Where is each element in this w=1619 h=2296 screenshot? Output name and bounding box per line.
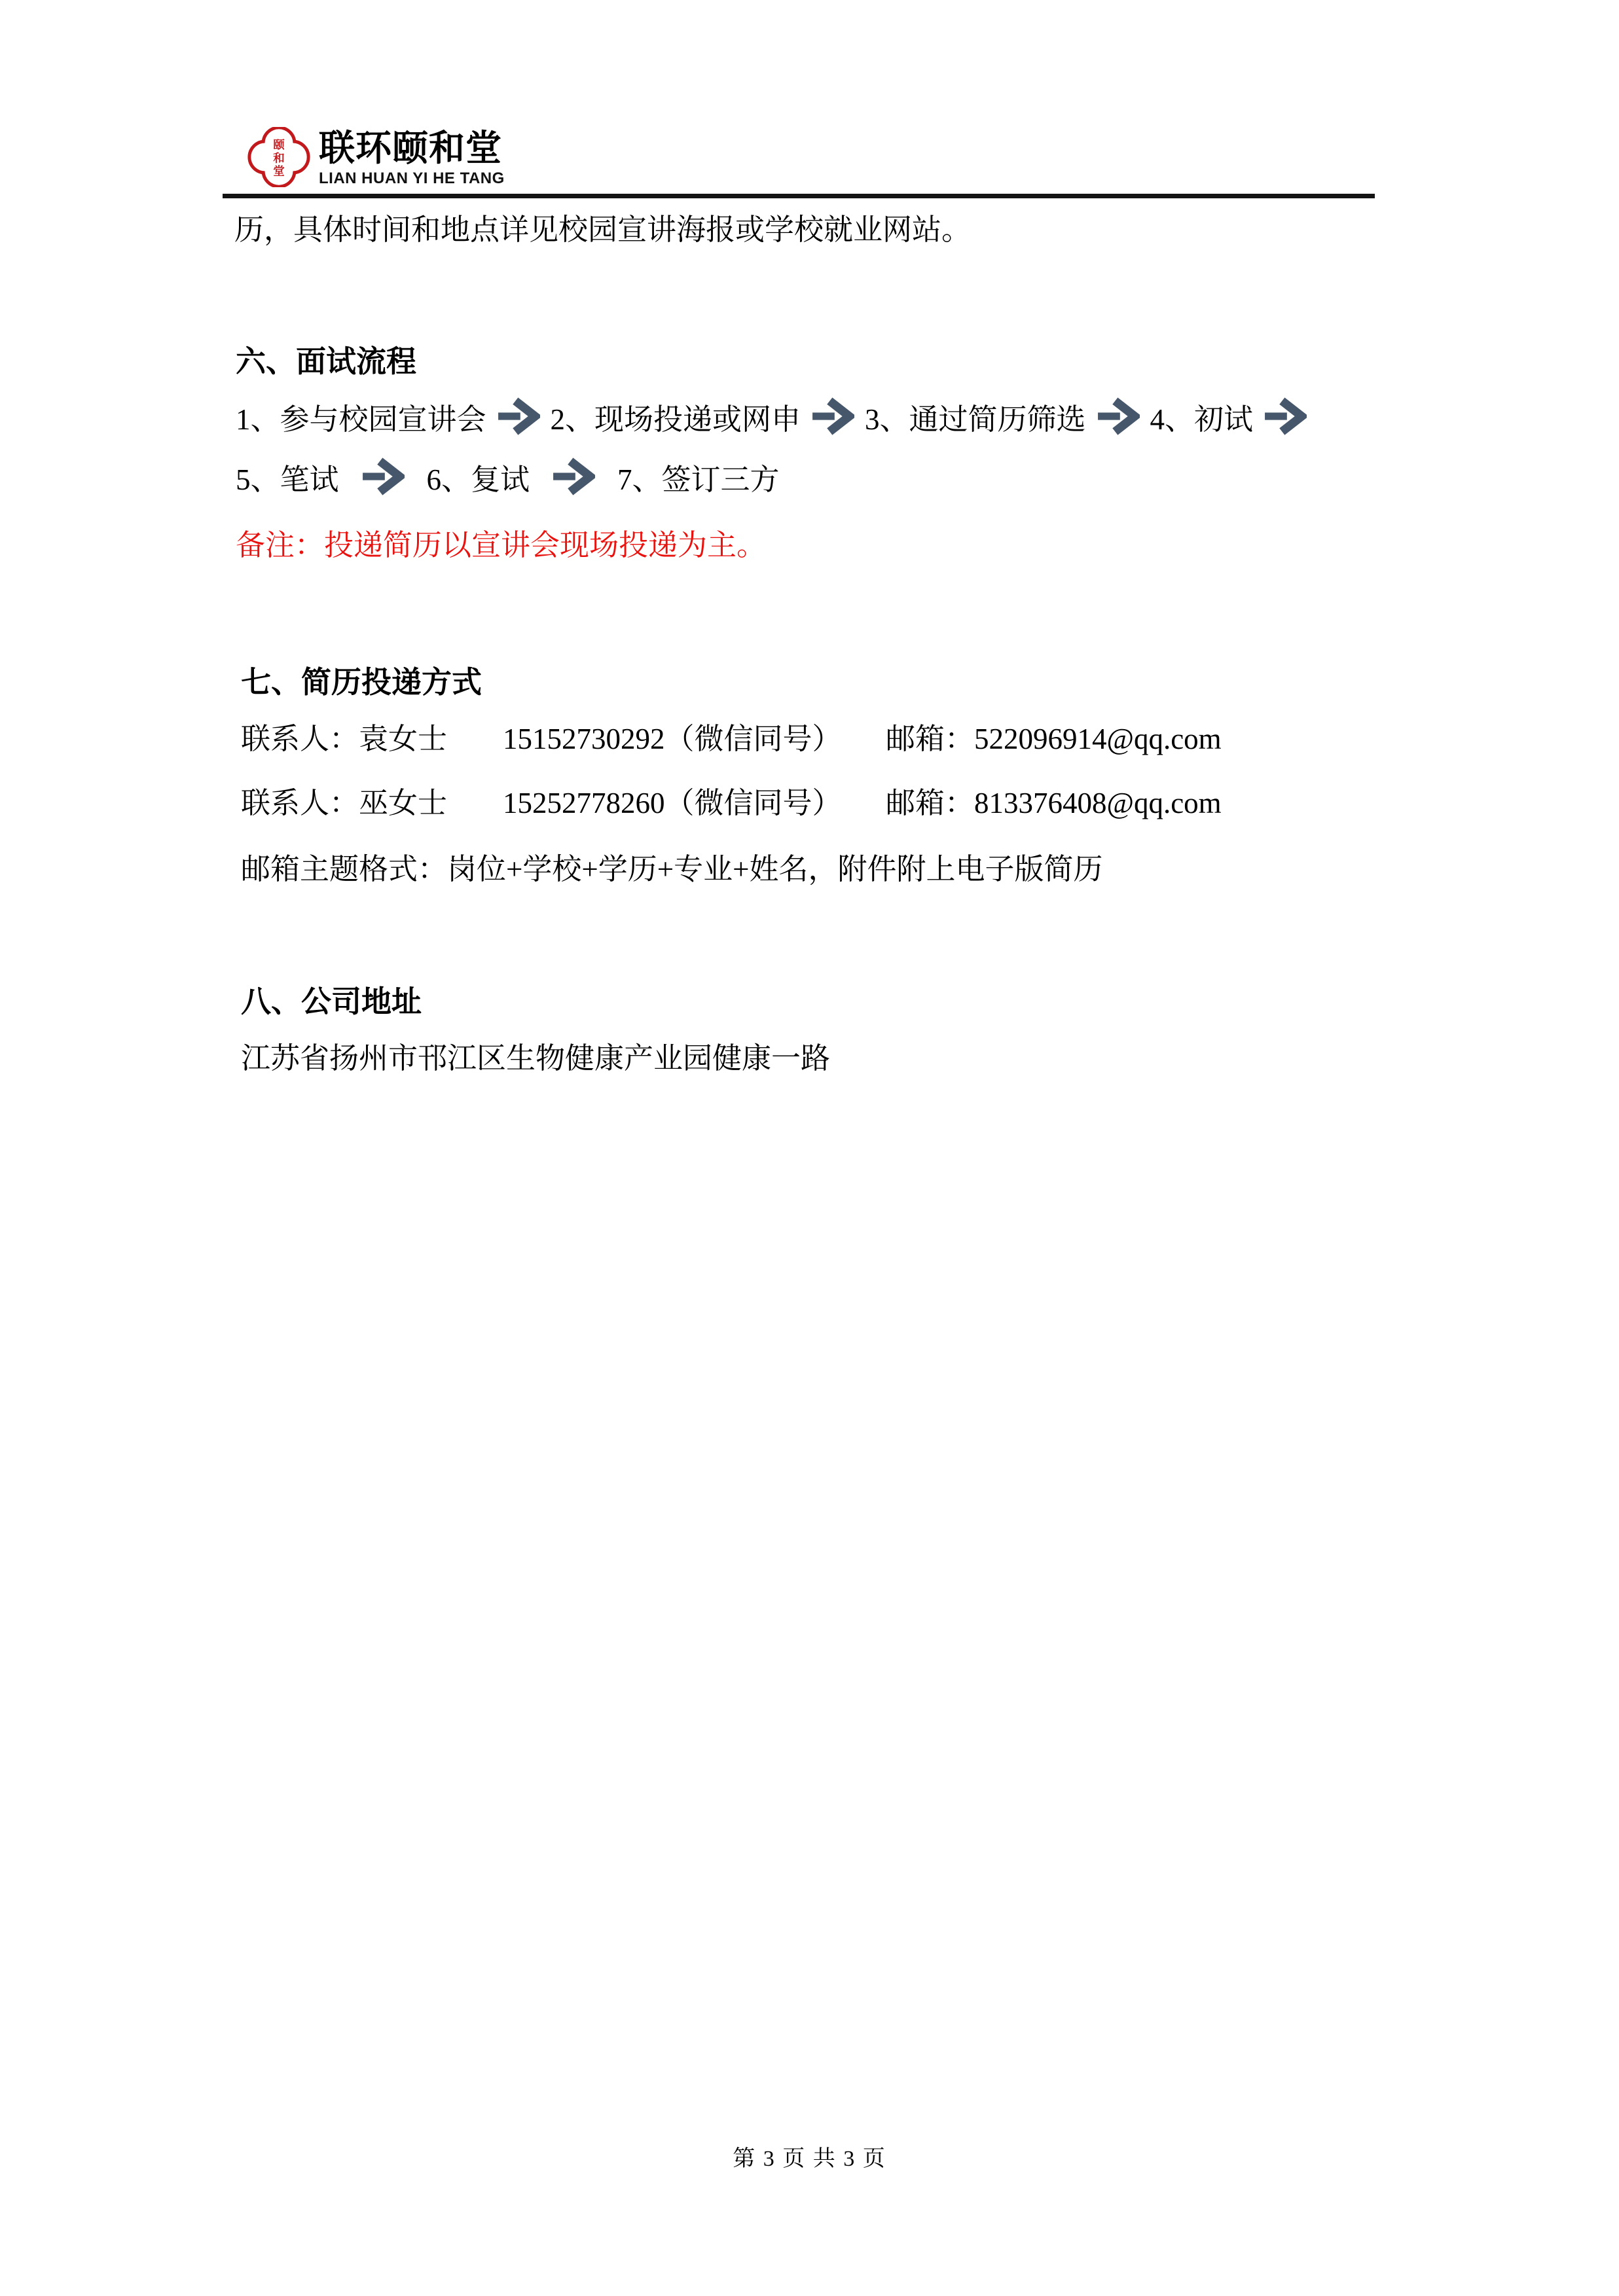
section7-heading: 七、简历投递方式 — [241, 658, 482, 702]
company-seal-logo-icon: 颐 和 堂 — [247, 127, 310, 187]
flow-step-2: 2、现场投递或网申 — [551, 403, 801, 437]
header-divider — [223, 194, 1375, 198]
contact-row-1: 联系人：袁女士 15152730292（微信同号） 邮箱：522096914@q… — [241, 723, 1222, 757]
resume-note-text: 备注：投递简历以宣讲会现场投递为主。 — [236, 529, 766, 563]
flow-step-5: 5、笔试 — [236, 463, 339, 497]
brand-block: 联环颐和堂 LIAN HUAN YI HE TANG — [319, 130, 505, 188]
intro-continuation-text: 历，具体时间和地点详见校园宣讲海报或学校就业网站。 — [234, 213, 971, 247]
contact-phone: 15252778260（微信同号） — [503, 787, 886, 821]
flow-arrow-icon — [361, 457, 405, 504]
flow-arrow-icon — [1097, 397, 1140, 444]
email-subject-format-text: 邮箱主题格式：岗位+学校+学历+专业+姓名，附件附上电子版简历 — [241, 853, 1103, 887]
flow-arrow-icon — [811, 397, 854, 444]
section6-heading: 六、面试流程 — [236, 338, 416, 381]
contact-email: 邮箱：522096914@qq.com — [886, 723, 1222, 757]
brand-name-latin: LIAN HUAN YI HE TANG — [319, 170, 505, 188]
contact-name: 联系人：袁女士 — [241, 723, 503, 757]
flow-step-7: 7、签订三方 — [617, 463, 780, 497]
flow-step-1: 1、参与校园宣讲会 — [236, 403, 486, 437]
company-address-text: 江苏省扬州市邗江区生物健康产业园健康一路 — [241, 1042, 830, 1076]
contact-phone: 15152730292（微信同号） — [503, 723, 886, 757]
contact-email: 邮箱：813376408@qq.com — [886, 787, 1222, 821]
flow-step-4: 4、初试 — [1150, 403, 1254, 437]
flow-arrow-icon — [497, 397, 540, 444]
page-number-footer: 第 3 页 共 3 页 — [0, 2140, 1619, 2172]
document-page: 颐 和 堂 联环颐和堂 LIAN HUAN YI HE TANG 历，具体时间和… — [0, 0, 1619, 2296]
flow-step-3: 3、通过简历筛选 — [865, 403, 1086, 437]
flow-arrow-icon — [1264, 397, 1307, 444]
flow-step-6: 6、复试 — [427, 463, 530, 497]
section8-heading: 八、公司地址 — [241, 978, 422, 1021]
flow-arrow-icon — [552, 457, 595, 504]
contact-row-2: 联系人：巫女士 15252778260（微信同号） 邮箱：813376408@q… — [241, 787, 1222, 821]
interview-flow-row-2: 5、笔试 6、复试 7、签订三方 — [236, 457, 780, 504]
seal-char-1: 颐 — [273, 138, 285, 151]
brand-name-chinese: 联环颐和堂 — [319, 130, 505, 168]
contact-name: 联系人：巫女士 — [241, 787, 503, 821]
interview-flow-row-1: 1、参与校园宣讲会 2、现场投递或网申 3、通过简历筛选 4、初试 — [236, 397, 1349, 444]
seal-char-3: 堂 — [273, 165, 285, 178]
seal-char-2: 和 — [273, 151, 284, 164]
